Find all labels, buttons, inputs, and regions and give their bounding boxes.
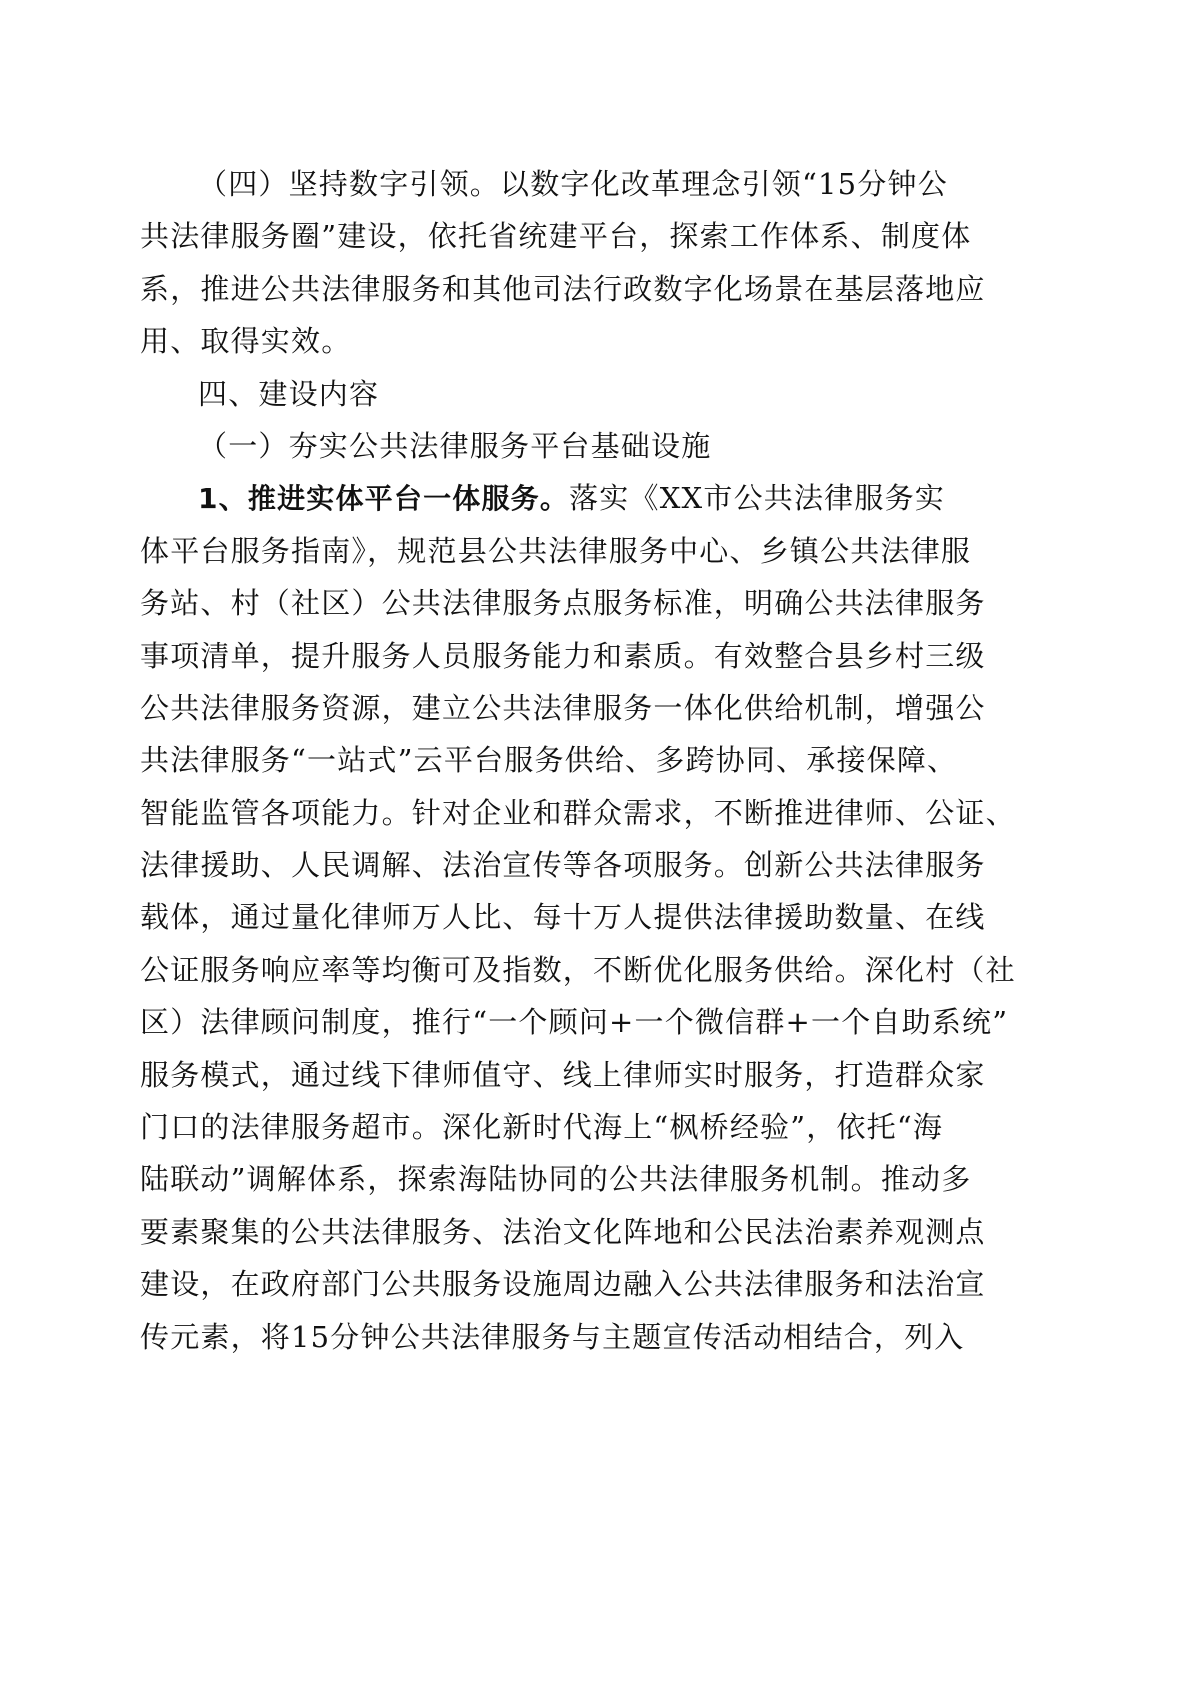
section-heading: 四、建设内容 — [140, 368, 1020, 420]
paragraph-line: 要素聚集的公共法律服务、法治文化阵地和公民法治素养观测点 — [140, 1206, 1020, 1258]
paragraph-line: 智能监管各项能力。针对企业和群众需求，不断推进律师、公证、 — [140, 787, 1020, 839]
item-first-line: 1、推进实体平台一体服务。落实《XX市公共法律服务实 — [140, 472, 1020, 524]
paragraph-line: 建设，在政府部门公共服务设施周边融入公共法律服务和法治宣 — [140, 1258, 1020, 1310]
paragraph-line: （四）坚持数字引领。以数字化改革理念引领“15分钟公 — [140, 158, 1020, 210]
paragraph-line: 系，推进公共法律服务和其他司法行政数字化场景在基层落地应 — [140, 263, 1020, 315]
paragraph-line: 传元素，将15分钟公共法律服务与主题宣传活动相结合，列入 — [140, 1311, 1020, 1363]
document-page: （四）坚持数字引领。以数字化改革理念引领“15分钟公 共法律服务圈”建设，依托省… — [140, 158, 1020, 1363]
paragraph-line: 公证服务响应率等均衡可及指数，不断优化服务供给。深化村（社 — [140, 944, 1020, 996]
paragraph-line: 共法律服务“一站式”云平台服务供给、多跨协同、承接保障、 — [140, 734, 1020, 786]
subsection-heading: （一）夯实公共法律服务平台基础设施 — [140, 420, 1020, 472]
paragraph-line: 公共法律服务资源，建立公共法律服务一体化供给机制，增强公 — [140, 682, 1020, 734]
paragraph-line: 用、取得实效。 — [140, 315, 1020, 367]
paragraph-line: 区）法律顾问制度，推行“一个顾问+一个微信群+一个自助系统” — [140, 996, 1020, 1048]
paragraph-line: 务站、村（社区）公共法律服务点服务标准，明确公共法律服务 — [140, 577, 1020, 629]
item-text: 落实《XX市公共法律服务实 — [569, 481, 945, 515]
item-title: 1、推进实体平台一体服务。 — [198, 482, 569, 515]
paragraph-line: 体平台服务指南》，规范县公共法律服务中心、乡镇公共法律服 — [140, 525, 1020, 577]
paragraph-line: 门口的法律服务超市。深化新时代海上“枫桥经验”，依托“海 — [140, 1101, 1020, 1153]
paragraph-line: 载体，通过量化律师万人比、每十万人提供法律援助数量、在线 — [140, 891, 1020, 943]
paragraph-line: 陆联动”调解体系，探索海陆协同的公共法律服务机制。推动多 — [140, 1153, 1020, 1205]
paragraph-line: 法律援助、人民调解、法治宣传等各项服务。创新公共法律服务 — [140, 839, 1020, 891]
paragraph-line: 事项清单，提升服务人员服务能力和素质。有效整合县乡村三级 — [140, 630, 1020, 682]
paragraph-line: 共法律服务圈”建设，依托省统建平台，探索工作体系、制度体 — [140, 210, 1020, 262]
paragraph-line: 服务模式，通过线下律师值守、线上律师实时服务，打造群众家 — [140, 1049, 1020, 1101]
